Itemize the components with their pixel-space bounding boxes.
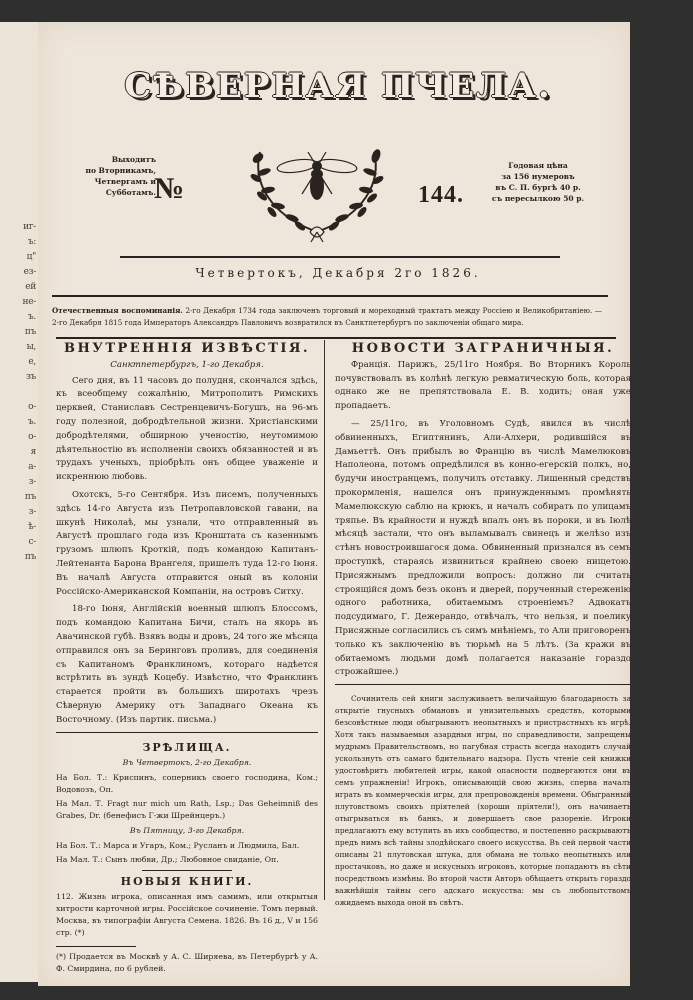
theatre-listing: На Мал. Т.: Сынъ любви, Др.; Любовное св… [56,854,318,866]
schedule-line: Четвергамъ и [56,176,156,187]
previous-page-edge: иг- ъ: ц" ез- ей не- ъ. пъ ы, е, зъ о- ъ… [0,22,39,982]
bee-wreath-icon [242,134,392,244]
issue-date: Четвертокъ, Декабря 2го 1826. [118,266,558,280]
book-footnote: (*) Продается въ Москвѣ у А. С. Ширяева,… [56,951,318,975]
masthead-rule [120,256,560,258]
subscription-price: Годовая цѣна за 156 нумеровъ въ С. П. бу… [478,160,598,204]
memorial-lead: Отечественныя воспоминанія. [52,306,183,315]
right-column: НОВОСТИ ЗАГРАНИЧНЫЯ. Франція. Парижъ, 25… [324,340,631,900]
foreign-article: Франція. Парижъ, 25/11го Ноября. Во Втор… [335,359,631,414]
issue-number: 144. [418,182,464,209]
domestic-dateline: Санктпетербургъ, 1-го Декабря. [56,359,318,373]
schedule-line: по Вторникамъ, [56,165,156,176]
new-books-heading: НОВЫЯ КНИГИ. [56,875,318,889]
date-rule [52,295,608,297]
schedule-line: Выходитъ [56,154,156,165]
issue-schedule: Выходитъ по Вторникамъ, Четвергамъ и Суб… [56,154,156,198]
previous-page-text-fragment: иг- ъ: ц" ез- ей не- ъ. пъ ы, е, зъ о- ъ… [0,22,38,565]
foreign-news-heading: НОВОСТИ ЗАГРАНИЧНЫЯ. [335,342,631,356]
theatre-listing: На Мал. Т. Fragt nur mich um Rath, Lsp.;… [56,798,318,822]
foreign-article: — 25/11го, въ Уголовномъ Судѣ, явился въ… [335,418,631,680]
theatre-day: Въ Четвертокъ, 2-го Декабря. [56,756,318,770]
domestic-article: Охотскъ, 5-го Сентября. Изъ писемъ, полу… [56,489,318,599]
book-review: Сочинитель сей книги заслуживаетъ велича… [335,693,631,909]
footnote-rule [56,946,136,947]
section-rule [142,870,232,871]
theatre-listing: На Бол. Т.: Криспинъ, соперникъ своего г… [56,772,318,796]
price-line: за 156 нумеровъ [478,171,598,182]
section-rule [56,732,318,733]
newspaper-page: СѢВЕРНАЯ ПЧЕЛА. Выходитъ по Вторникамъ, … [38,22,630,986]
price-line: Годовая цѣна [478,160,598,171]
issue-number-sign: № [154,172,184,206]
foreign-dateline: Франція. Парижъ, 25/11го Ноября. [351,360,523,370]
price-line: съ пересылкою 50 р. [478,193,598,204]
price-line: въ С. П. бургѣ 40 р. [478,182,598,193]
theatre-day: Въ Пятницу, 3-го Декабря. [56,824,318,838]
domestic-article: Сего дня, въ 11 часовъ до полудня, сконч… [56,375,318,485]
domestic-article: 18-го Іюня, Англійскій военный шлюпъ Бло… [56,603,318,727]
columns-top-rule [56,337,616,339]
masthead-title: СѢВЕРНАЯ ПЧЕЛА. [118,66,558,106]
theatre-listing: На Бол. Т.: Марса и Угаръ, Ком.; Русланъ… [56,840,318,852]
domestic-news-heading: ВНУТРЕННІЯ ИЗВѢСТІЯ. [56,342,318,356]
memorial-notes: Отечественныя воспоминанія. 2-го Декабря… [52,305,602,328]
left-column: ВНУТРЕННІЯ ИЗВѢСТІЯ. Санктпетербургъ, 1-… [56,340,318,979]
theatre-heading: ЗРѢЛИЩА. [56,741,318,755]
section-rule [335,684,631,685]
schedule-line: Субботамъ. [56,187,156,198]
book-entry: 112. Жизнь игрока, описанная имъ самимъ,… [56,891,318,940]
